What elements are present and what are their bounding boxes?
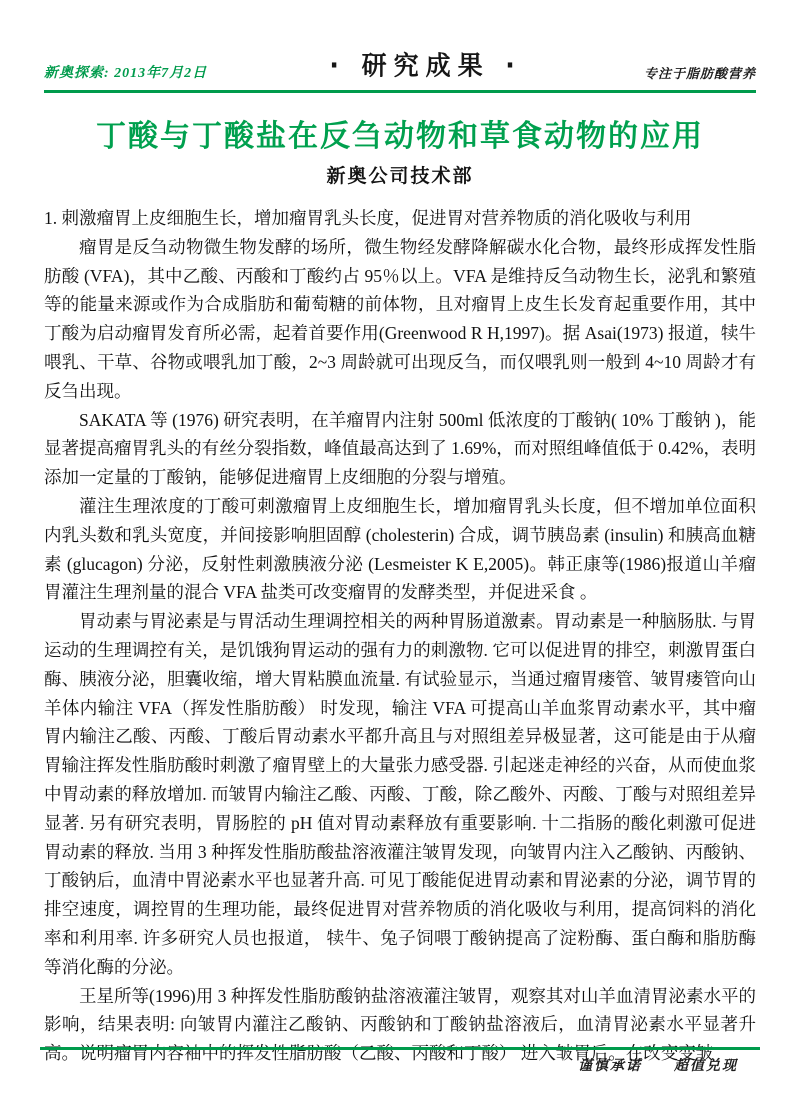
newsletter-page: 新奥探索: 2013年7月2日 · 研究成果 · 专注于脂肪酸营养 丁酸与丁酸盐…	[0, 0, 800, 1068]
masthead-date-text: 新奥探索: 2013年7月2日	[44, 62, 207, 82]
masthead-tagline: 专注于脂肪酸营养	[644, 63, 756, 82]
footer-divider-rule	[40, 1047, 760, 1050]
footer-slogan: 谨慎承诺 超值兑现	[40, 1055, 760, 1075]
section-heading: 1. 刺激瘤胃上皮细胞生长，增加瘤胃乳头长度，促进胃对营养物质的消化吸收与利用	[44, 204, 756, 233]
masthead: 新奥探索: 2013年7月2日 · 研究成果 · 专注于脂肪酸营养	[44, 0, 756, 82]
header-divider-rule	[44, 90, 756, 93]
article-title: 丁酸与丁酸盐在反刍动物和草食动物的应用	[44, 111, 756, 155]
body-paragraph: 胃动素与胃泌素是与胃活动生理调控相关的两种胃肠道激素。胃动素是一种脑肠肽. 与胃…	[44, 607, 756, 981]
body-paragraph: 灌注生理浓度的丁酸可刺激瘤胃上皮细胞生长，增加瘤胃乳头长度，但不增加单位面积内乳…	[44, 492, 756, 607]
article-body: 1. 刺激瘤胃上皮细胞生长，增加瘤胃乳头长度，促进胃对营养物质的消化吸收与利用 …	[44, 204, 756, 1068]
body-paragraph: 瘤胃是反刍动物微生物发酵的场所，微生物经发酵降解碳水化合物，最终形成挥发性脂肪酸…	[44, 233, 756, 406]
page-footer: 谨慎承诺 超值兑现	[40, 1047, 760, 1075]
article-subtitle: 新奥公司技术部	[44, 161, 756, 188]
masthead-banner-title: · 研究成果 ·	[329, 45, 521, 83]
body-paragraph: SAKATA 等 (1976) 研究表明，在羊瘤胃内注射 500ml 低浓度的丁…	[44, 406, 756, 492]
